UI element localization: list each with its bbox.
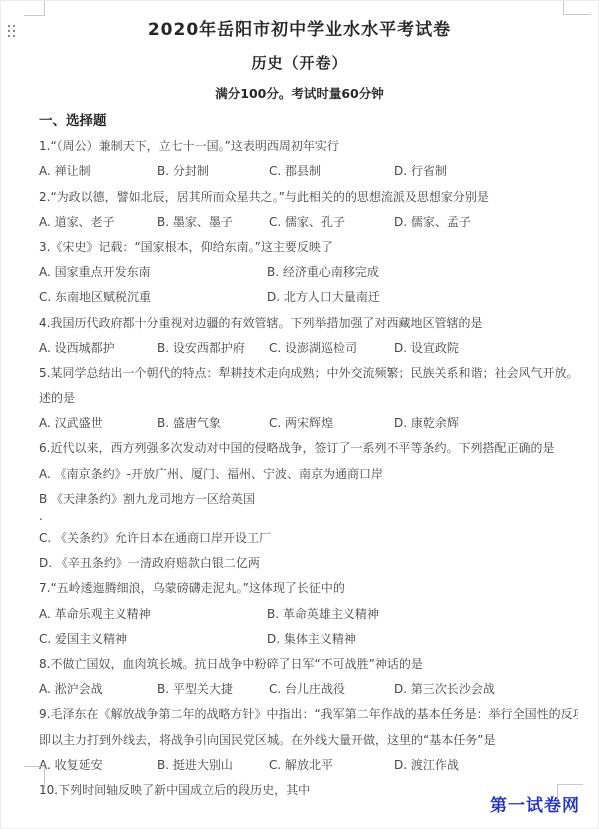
question-9-stem-line-2: 即以主力打到外线去，将战争引向国民党区城。在外线大量开做，这里的“基本任务”是 xyxy=(39,728,578,753)
option-d: D. 设宣政院 xyxy=(394,336,578,361)
question-7-stem: 7.“五岭逶迤腾细浪，乌蒙磅礴走泥丸。”这体现了长征中的 xyxy=(39,576,578,601)
question-8-options: A. 淞沪会战 B. 平型关大捷 C. 台儿庄战役 D. 第三次长沙会战 xyxy=(39,677,578,702)
section-heading: 一、选择题 xyxy=(39,109,578,134)
question-5-stem-line-2: 述的是 xyxy=(39,386,578,411)
option-a: A. 淞沪会战 xyxy=(39,677,157,702)
option-a: A. 收复延安 xyxy=(39,753,157,778)
option-c: C. 两宋辉煌 xyxy=(269,411,394,436)
crop-mark-top-left xyxy=(24,1,45,16)
exam-subject: 历史（开卷） xyxy=(1,47,598,80)
exam-title: 2020年岳阳市初中学业水水平考试卷 xyxy=(1,13,598,47)
question-9-stem-line-1: 9.毛泽东在《解放战争第二年的战略方针》中指出：“我军第二年作战的基本任务是：举… xyxy=(39,702,578,727)
handle-dot xyxy=(8,25,10,27)
option-a: A. 道家、老子 xyxy=(39,210,157,235)
question-6-stem: 6.近代以来，西方列强多次发动对中国的侵略战争，签订了一系列不平等条约。下列搭配… xyxy=(39,436,578,461)
question-2-stem: 2.“为政以德，譬如北辰，居其所而众星共之。”与此相关的的思想流派及思想家分别是 xyxy=(39,185,578,210)
exam-header: 2020年岳阳市初中学业水水平考试卷 历史（开卷） 满分100分。考试时量60分… xyxy=(1,1,598,107)
option-c: C. 爱国主义精神 xyxy=(39,627,267,652)
option-d: D. 康乾余辉 xyxy=(394,411,578,436)
option-c: C. 东南地区赋税沉重 xyxy=(39,285,267,310)
handle-dot xyxy=(13,30,15,32)
option-c: C. 台儿庄战役 xyxy=(269,677,394,702)
option-d: D. 北方人口大量南迁 xyxy=(267,285,578,310)
option-a: A. 汉武盛世 xyxy=(39,411,157,436)
option-d: D. 儒家、孟子 xyxy=(394,210,578,235)
question-6-option-c: C. 《关条约》允许日本在通商口岸开设工厂 xyxy=(39,526,578,551)
question-1-stem: 1.“（周公）兼制天下，立七十一国。”这表明西周初年实行 xyxy=(39,134,578,159)
crop-mark-bottom-left xyxy=(24,766,45,789)
drag-handle-icon[interactable] xyxy=(8,25,15,37)
handle-dot xyxy=(13,25,15,27)
exam-meta: 满分100分。考试时量60分钟 xyxy=(1,80,598,107)
site-watermark-link[interactable]: 第一试卷网 xyxy=(490,791,580,816)
question-6-stray-period: . xyxy=(39,512,578,526)
question-6-option-a: A. 《南京条约》-开放广州、厦门、福州、宁波、南京为通商口岸 xyxy=(39,462,578,487)
question-7-options-row-2: C. 爱国主义精神 D. 集体主义精神 xyxy=(39,627,578,652)
crop-mark-top-right xyxy=(563,1,591,15)
question-8-stem: 8.不做亡国奴，血肉筑长城。抗日战争中粉碎了日军“不可战胜”神话的是 xyxy=(39,652,578,677)
option-b: B. 平型关大捷 xyxy=(157,677,269,702)
handle-dot xyxy=(13,35,15,37)
question-6-option-d: D. 《辛丑条约》一清政府赔款白银二亿两 xyxy=(39,551,578,576)
question-3-stem: 3.《宋史》记载：“国家根本，仰给东南。”这主要反映了 xyxy=(39,235,578,260)
option-c: C. 儒家、孔子 xyxy=(269,210,394,235)
option-a: A. 革命乐观主义精神 xyxy=(39,602,267,627)
option-b: B. 分封制 xyxy=(157,159,269,184)
option-c: C. 解放北平 xyxy=(269,753,394,778)
option-b: B. 盛唐气象 xyxy=(157,411,269,436)
option-d: D. 渡江作战 xyxy=(394,753,578,778)
option-b: B. 经济重心南移完成 xyxy=(267,260,578,285)
question-4-options: A. 设西城都护 B. 设安西都护府 C. 设澎湖巡检司 D. 设宣政院 xyxy=(39,336,578,361)
option-d: D. 行省制 xyxy=(394,159,578,184)
question-1-options: A. 禅让制 B. 分封制 C. 郡县制 D. 行省制 xyxy=(39,159,578,184)
option-c: C. 设澎湖巡检司 xyxy=(269,336,394,361)
question-9-options: A. 收复延安 B. 挺进大别山 C. 解放北平 D. 渡江作战 xyxy=(39,753,578,778)
option-d: D. 第三次长沙会战 xyxy=(394,677,578,702)
handle-dot xyxy=(8,30,10,32)
option-b: B. 挺进大别山 xyxy=(157,753,269,778)
option-a: A. 国家重点开发东南 xyxy=(39,260,267,285)
question-7-options-row-1: A. 革命乐观主义精神 B. 革命英雄主义精神 xyxy=(39,602,578,627)
question-5-stem-line-1: 5.某同学总结出一个朝代的特点：犁耕技术走向成熟；中外交流频繁；民族关系和谐；社… xyxy=(39,361,578,386)
question-6-option-b: B 《天津条约》割九龙司地方一区给英国 xyxy=(39,487,578,512)
handle-dot xyxy=(8,35,10,37)
option-a: A. 禅让制 xyxy=(39,159,157,184)
option-b: B. 革命英雄主义精神 xyxy=(267,602,578,627)
question-4-stem: 4.我国历代政府都十分重视对边疆的有效管辖。下列举措加强了对西藏地区管辖的是 xyxy=(39,311,578,336)
option-b: B. 墨家、墨子 xyxy=(157,210,269,235)
option-b: B. 设安西都护府 xyxy=(157,336,269,361)
exam-body: 一、选择题 1.“（周公）兼制天下，立七十一国。”这表明西周初年实行 A. 禅让… xyxy=(1,107,598,803)
option-d: D. 集体主义精神 xyxy=(267,627,578,652)
exam-paper-page: 2020年岳阳市初中学业水水平考试卷 历史（开卷） 满分100分。考试时量60分… xyxy=(0,0,599,829)
question-3-options-row-2: C. 东南地区赋税沉重 D. 北方人口大量南迁 xyxy=(39,285,578,310)
option-a: A. 设西城都护 xyxy=(39,336,157,361)
question-3-options-row-1: A. 国家重点开发东南 B. 经济重心南移完成 xyxy=(39,260,578,285)
question-5-options: A. 汉武盛世 B. 盛唐气象 C. 两宋辉煌 D. 康乾余辉 xyxy=(39,411,578,436)
option-c: C. 郡县制 xyxy=(269,159,394,184)
question-2-options: A. 道家、老子 B. 墨家、墨子 C. 儒家、孔子 D. 儒家、孟子 xyxy=(39,210,578,235)
